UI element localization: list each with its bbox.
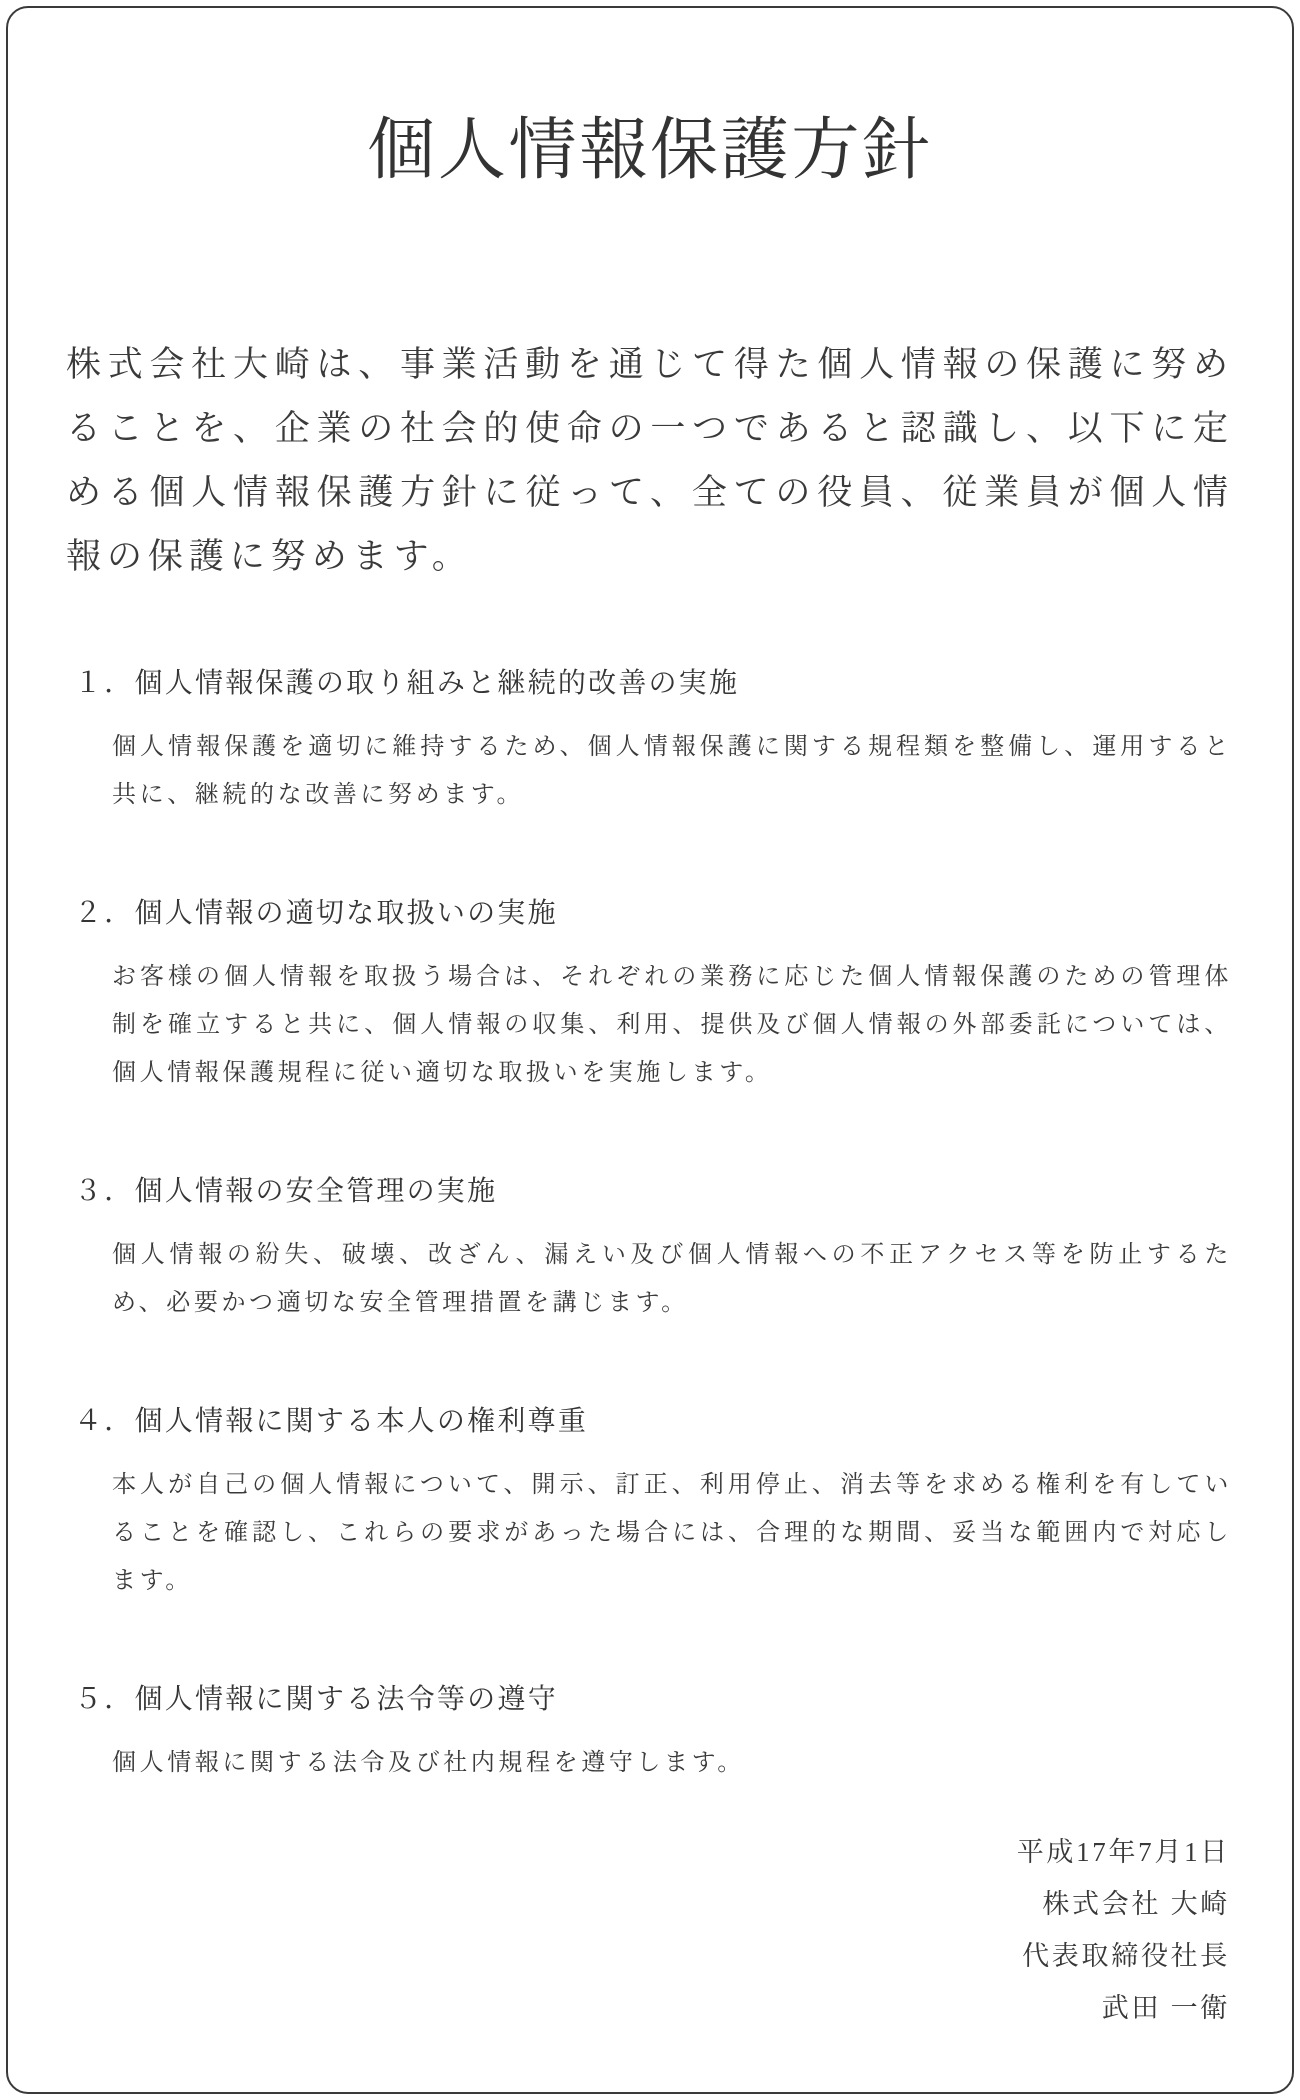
document-page: 個人情報保護方針 株式会社大崎は、事業活動を通じて得た個人情報の保護に努めること… (6, 6, 1294, 2094)
document-title: 個人情報保護方針 (66, 96, 1234, 193)
section-5-body: 個人情報に関する法令及び社内規程を遵守します。 (112, 1739, 1232, 1787)
policy-section-5: ５．個人情報に関する法令等の遵守 個人情報に関する法令及び社内規程を遵守します。 (66, 1677, 1234, 1787)
section-2-heading: ２．個人情報の適切な取扱いの実施 (74, 891, 1234, 931)
signature-name: 武田 一衛 (66, 1982, 1230, 2034)
section-4-heading: ４．個人情報に関する本人の権利尊重 (74, 1399, 1234, 1439)
section-1-body: 個人情報保護を適切に維持するため、個人情報保護に関する規程類を整備し、運用すると… (112, 723, 1232, 819)
policy-section-1: １．個人情報保護の取り組みと継続的改善の実施 個人情報保護を適切に維持するため、… (66, 661, 1234, 819)
signature-role: 代表取締役社長 (66, 1930, 1230, 1982)
section-1-heading: １．個人情報保護の取り組みと継続的改善の実施 (74, 661, 1234, 701)
section-4-body: 本人が自己の個人情報について、開示、訂正、利用停止、消去等を求める権利を有してい… (112, 1461, 1232, 1605)
policy-section-2: ２．個人情報の適切な取扱いの実施 お客様の個人情報を取扱う場合は、それぞれの業務… (66, 891, 1234, 1097)
signature-block: 平成17年7月1日 株式会社 大崎 代表取締役社長 武田 一衛 (66, 1826, 1234, 2092)
policy-sections: １．個人情報保護の取り組みと継続的改善の実施 個人情報保護を適切に維持するため、… (66, 589, 1234, 1787)
policy-section-4: ４．個人情報に関する本人の権利尊重 本人が自己の個人情報について、開示、訂正、利… (66, 1399, 1234, 1605)
section-3-body: 個人情報の紛失、破壊、改ざん、漏えい及び個人情報への不正アクセス等を防止するため… (112, 1231, 1232, 1327)
signature-date: 平成17年7月1日 (66, 1826, 1230, 1878)
section-5-heading: ５．個人情報に関する法令等の遵守 (74, 1677, 1234, 1717)
intro-paragraph: 株式会社大崎は、事業活動を通じて得た個人情報の保護に努めることを、企業の社会的使… (66, 333, 1234, 589)
section-2-body: お客様の個人情報を取扱う場合は、それぞれの業務に応じた個人情報保護のための管理体… (112, 953, 1232, 1097)
policy-section-3: ３．個人情報の安全管理の実施 個人情報の紛失、破壊、改ざん、漏えい及び個人情報へ… (66, 1169, 1234, 1327)
signature-company: 株式会社 大崎 (66, 1878, 1230, 1930)
section-3-heading: ３．個人情報の安全管理の実施 (74, 1169, 1234, 1209)
